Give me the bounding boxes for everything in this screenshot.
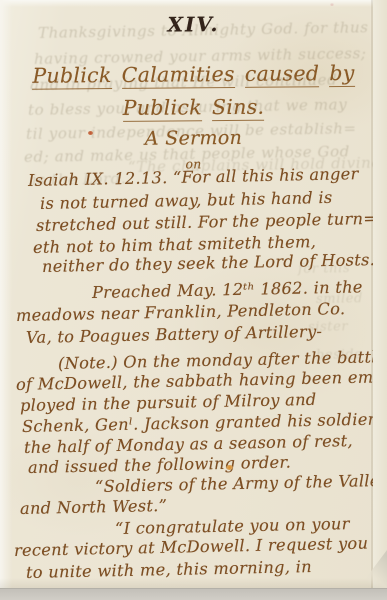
- order-line: and North West.”: [20, 496, 168, 518]
- ink-stain: [88, 131, 93, 135]
- page-edge-top: [0, 0, 387, 7]
- subtitle: A Sermon: [0, 126, 387, 151]
- preached-line: meadows near Franklin, Pendleton Co.: [16, 299, 346, 325]
- ink-stain: [226, 465, 233, 470]
- chapter-number: XIV.: [0, 11, 387, 38]
- title-word: Sins.: [212, 95, 265, 121]
- closing-line: recent victory at McDowell. I request yo…: [14, 534, 369, 560]
- title-line-2: PublickSins.: [0, 94, 387, 123]
- scripture-line: stretched out still. For the people turn…: [36, 209, 378, 235]
- page-edge-right: [373, 0, 387, 592]
- title-word: by: [329, 61, 355, 87]
- page-edge-bottom: [0, 588, 387, 600]
- title-line-1: PublickCalamitiescausedby: [0, 61, 387, 90]
- page-bottom-shadow: [0, 578, 387, 588]
- manuscript-page: Thanksgivings to Almighty God. for thus …: [0, 0, 387, 600]
- note-line: the half of Monday as a season of rest,: [24, 431, 353, 457]
- scripture-line: is not turned away, but his hand is: [40, 188, 333, 213]
- title-word: Calamities: [122, 62, 235, 89]
- title-word: Publick: [123, 95, 202, 122]
- title-word: caused: [245, 61, 320, 88]
- title-word: Publick: [32, 63, 111, 90]
- preached-line: Va, to Poagues Battery of Artillery-: [26, 322, 323, 347]
- page-edge-left: [0, 0, 12, 600]
